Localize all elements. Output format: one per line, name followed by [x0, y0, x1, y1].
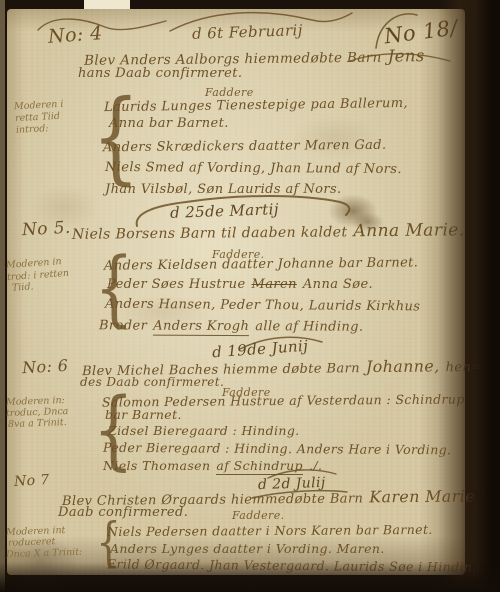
- record-number-7: No 7: [14, 472, 50, 490]
- godparent-line: Niels Pedersen daatter i Nors Karen bar …: [107, 522, 433, 539]
- godparent-line: Zidsel Bieregaard : Hinding.: [108, 423, 300, 438]
- underlined-name: Anders Krogh: [153, 319, 249, 337]
- entry-7-post: hendes: [481, 490, 500, 505]
- entry-text-6-line2: des Daab confirmeret.: [80, 375, 224, 389]
- margin-note-4-line2: retta Tiid: [15, 111, 60, 124]
- godparent-line: Niels Thomasenaf Schindrup./.: [103, 458, 322, 473]
- child-name-jens: Jens: [388, 46, 425, 65]
- paper-top-notch: [84, 0, 130, 9]
- godparent-line: Anders Lynges daatter i Vording. Maren.: [110, 541, 385, 556]
- underlined-place: af Schindrup: [216, 458, 303, 475]
- child-name-anna-marie: Anna Marie.: [353, 220, 464, 241]
- margin-note-6-line3: 8va a Trinit.: [8, 417, 67, 430]
- godparent-line: BroderAnders Kroghalle af Hinding.: [99, 318, 364, 334]
- godparent-line: Jhan Vilsbøl, Søn Laurids af Nors.: [105, 182, 342, 197]
- entry-5-pre: Niels Borsens Barn til daaben kaldet: [72, 224, 348, 242]
- godparent-6-5-pre: Niels Thomasen: [103, 458, 210, 473]
- date-heading-march: d 25de Martij: [170, 200, 279, 222]
- entry-text-5-line1: Niels Borsens Barn til daaben kaldetAnna…: [72, 220, 465, 243]
- faddere-label-7: Faddere.: [232, 509, 285, 522]
- godparent-line: Peder Søes HustrueMarenAnna Søe.: [107, 277, 373, 292]
- photo-left-edge: [0, 0, 5, 592]
- register-page-photo: No: 4 d 6t Februarij No 18/ Blev Anders …: [0, 0, 500, 592]
- entry-6-post: hen=: [446, 360, 483, 375]
- struck-word: Maren: [252, 277, 297, 292]
- margin-note-5-line3: Tiid.: [12, 281, 34, 293]
- record-number-6: No: 6: [22, 356, 69, 377]
- child-name-johanne: Johanne,: [366, 356, 440, 376]
- godparent-line: Anders Hansen, Peder Thou, Laurids Kirkh…: [105, 297, 421, 315]
- godparent-line: Peder Bieregaard : Hinding. Anders Hare …: [103, 440, 452, 457]
- godparent-5-2-pre: Peder Søes Hustrue: [107, 277, 246, 292]
- godparent-5-4-pre: Broder: [99, 318, 147, 333]
- godparent-6-5-post: ./.: [309, 458, 322, 473]
- godparent-line: Anna bar Barnet.: [109, 116, 229, 131]
- child-name-karen-marie: Karen Marie: [369, 486, 475, 506]
- margin-note-4-line3: introd:: [16, 123, 49, 136]
- entry-text-4-line2: hans Daab confirmeret.: [78, 66, 242, 81]
- faddere-label-4: Faddere: [205, 86, 254, 99]
- godparent-5-4-post: alle af Hinding.: [255, 319, 363, 335]
- godparent-line: Anders Skrædickers daatter Maren Gad.: [103, 138, 387, 155]
- godparent-line: Niels Smed af Vording, Jhan Lund af Nors…: [105, 160, 402, 177]
- entry-text-7-line2: Daab confirmered.: [58, 505, 188, 520]
- date-heading-february: d 6t Februarij: [192, 21, 303, 43]
- record-number-4: No: 4: [47, 22, 103, 48]
- godparent-line: bar Barnet.: [105, 407, 182, 422]
- godparent-5-2-post: Anna Søe.: [303, 277, 373, 292]
- record-number-5: No 5.: [22, 218, 72, 241]
